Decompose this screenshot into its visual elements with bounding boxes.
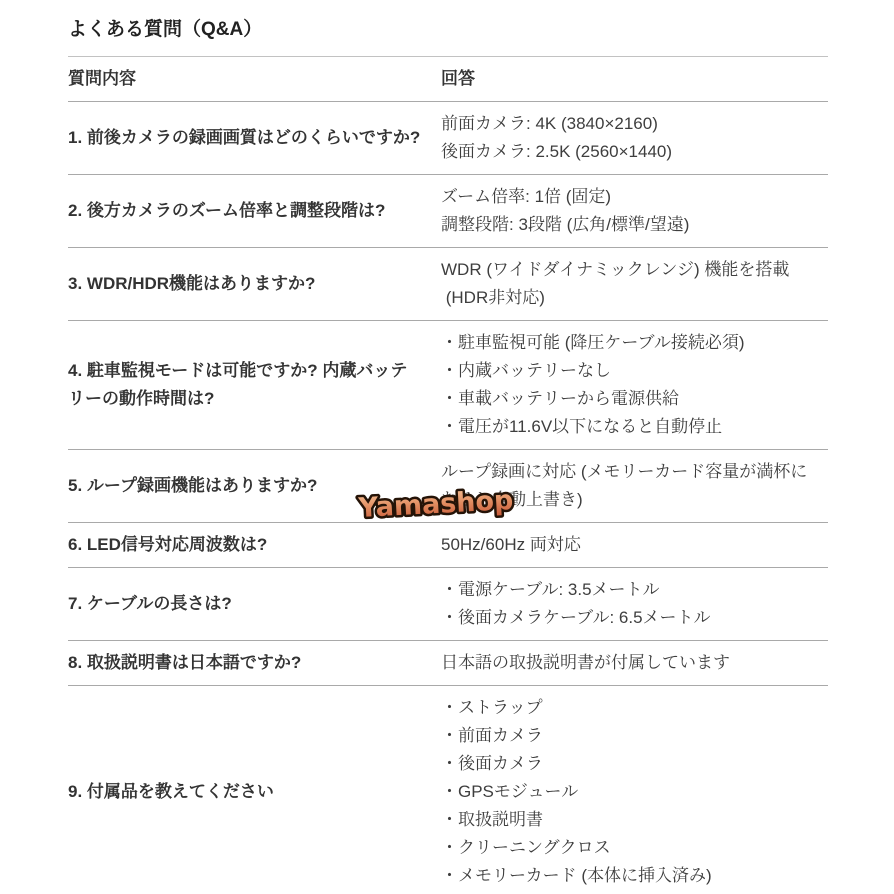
answer-line: ・取扱説明書 [441, 806, 828, 834]
question-line: 7. ケーブルの長さは? [68, 590, 425, 618]
answer-line: 調整段階: 3段階 (広角/標準/望遠) [441, 211, 828, 239]
faq-table: 質問内容 回答 1. 前後カメラの録画画質はどのくらいですか?前面カメラ: 4K… [68, 56, 828, 894]
answer-cell: ・ストラップ・前面カメラ・後面カメラ・GPSモジュール・取扱説明書・クリーニング… [441, 686, 828, 894]
table-row: 4. 駐車監視モードは可能ですか? 内蔵バッテリーの動作時間は?・駐車監視可能 … [68, 321, 828, 450]
question-cell: 1. 前後カメラの録画画質はどのくらいですか? [68, 102, 441, 175]
answer-line: ・後面カメラケーブル: 6.5メートル [441, 604, 828, 632]
answer-cell: 日本語の取扱説明書が付属しています [441, 641, 828, 686]
answer-line: ・ストラップ [441, 694, 828, 722]
faq-table-body: 1. 前後カメラの録画画質はどのくらいですか?前面カメラ: 4K (3840×2… [68, 102, 828, 894]
answer-line: ・車載バッテリーから電源供給 [441, 385, 828, 413]
question-cell: 9. 付属品を教えてください [68, 686, 441, 894]
answer-line: 50Hz/60Hz 両対応 [441, 531, 828, 559]
question-cell: 2. 後方カメラのズーム倍率と調整段階は? [68, 175, 441, 248]
answer-line: WDR (ワイドダイナミックレンジ) 機能を搭載 [441, 256, 828, 284]
question-cell: 8. 取扱説明書は日本語ですか? [68, 641, 441, 686]
answer-line: ・電圧が11.6V以下になると自動停止 [441, 413, 828, 441]
answer-line: ・前面カメラ [441, 722, 828, 750]
question-cell: 4. 駐車監視モードは可能ですか? 内蔵バッテリーの動作時間は? [68, 321, 441, 450]
table-row: 3. WDR/HDR機能はありますか?WDR (ワイドダイナミックレンジ) 機能… [68, 248, 828, 321]
answer-line: なると自動上書き) [441, 486, 828, 514]
answer-line: ・駐車監視可能 (降圧ケーブル接続必須) [441, 329, 828, 357]
answer-line: ・内蔵バッテリーなし [441, 357, 828, 385]
answer-cell: ズーム倍率: 1倍 (固定)調整段階: 3段階 (広角/標準/望遠) [441, 175, 828, 248]
answer-line: ループ録画に対応 (メモリーカード容量が満杯に [441, 458, 828, 486]
answer-line: 日本語の取扱説明書が付属しています [441, 649, 828, 677]
question-line: リーの動作時間は? [68, 385, 425, 413]
answer-cell: 前面カメラ: 4K (3840×2160)後面カメラ: 2.5K (2560×1… [441, 102, 828, 175]
answer-line: 前面カメラ: 4K (3840×2160) [441, 110, 828, 138]
question-cell: 5. ループ録画機能はありますか? [68, 450, 441, 523]
faq-page: よくある質問（Q&A） 質問内容 回答 1. 前後カメラの録画画質はどのくらいで… [0, 0, 894, 894]
answer-cell: ・電源ケーブル: 3.5メートル・後面カメラケーブル: 6.5メートル [441, 568, 828, 641]
table-row: 1. 前後カメラの録画画質はどのくらいですか?前面カメラ: 4K (3840×2… [68, 102, 828, 175]
question-cell: 6. LED信号対応周波数は? [68, 523, 441, 568]
column-header-question: 質問内容 [68, 57, 441, 102]
question-line: 4. 駐車監視モードは可能ですか? 内蔵バッテ [68, 357, 425, 385]
table-row: 7. ケーブルの長さは?・電源ケーブル: 3.5メートル・後面カメラケーブル: … [68, 568, 828, 641]
question-line: 1. 前後カメラの録画画質はどのくらいですか? [68, 124, 425, 152]
answer-line: 後面カメラ: 2.5K (2560×1440) [441, 138, 828, 166]
question-cell: 3. WDR/HDR機能はありますか? [68, 248, 441, 321]
answer-line: ・クリーニングクロス [441, 834, 828, 862]
page-title: よくある質問（Q&A） [68, 18, 828, 42]
table-row: 9. 付属品を教えてください・ストラップ・前面カメラ・後面カメラ・GPSモジュー… [68, 686, 828, 894]
answer-cell: ・駐車監視可能 (降圧ケーブル接続必須)・内蔵バッテリーなし・車載バッテリーから… [441, 321, 828, 450]
answer-line: ズーム倍率: 1倍 (固定) [441, 183, 828, 211]
question-line: 2. 後方カメラのズーム倍率と調整段階は? [68, 197, 425, 225]
table-row: 2. 後方カメラのズーム倍率と調整段階は?ズーム倍率: 1倍 (固定)調整段階:… [68, 175, 828, 248]
question-line: 3. WDR/HDR機能はありますか? [68, 270, 425, 298]
header-row: 質問内容 回答 [68, 57, 828, 102]
table-row: 8. 取扱説明書は日本語ですか?日本語の取扱説明書が付属しています [68, 641, 828, 686]
question-line: 9. 付属品を教えてください [68, 778, 425, 806]
faq-table-header: 質問内容 回答 [68, 57, 828, 102]
answer-line: ・電源ケーブル: 3.5メートル [441, 576, 828, 604]
answer-line: ・メモリーカード (本体に挿入済み) [441, 862, 828, 890]
table-row: 5. ループ録画機能はありますか?ループ録画に対応 (メモリーカード容量が満杯に… [68, 450, 828, 523]
answer-cell: ループ録画に対応 (メモリーカード容量が満杯になると自動上書き) [441, 450, 828, 523]
answer-cell: WDR (ワイドダイナミックレンジ) 機能を搭載 (HDR非対応) [441, 248, 828, 321]
table-row: 6. LED信号対応周波数は?50Hz/60Hz 両対応 [68, 523, 828, 568]
column-header-answer: 回答 [441, 57, 828, 102]
answer-line: ・後面カメラ [441, 750, 828, 778]
question-cell: 7. ケーブルの長さは? [68, 568, 441, 641]
question-line: 5. ループ録画機能はありますか? [68, 472, 425, 500]
question-line: 6. LED信号対応周波数は? [68, 531, 425, 559]
question-line: 8. 取扱説明書は日本語ですか? [68, 649, 425, 677]
answer-line: ・GPSモジュール [441, 778, 828, 806]
answer-line: (HDR非対応) [441, 284, 828, 312]
answer-cell: 50Hz/60Hz 両対応 [441, 523, 828, 568]
